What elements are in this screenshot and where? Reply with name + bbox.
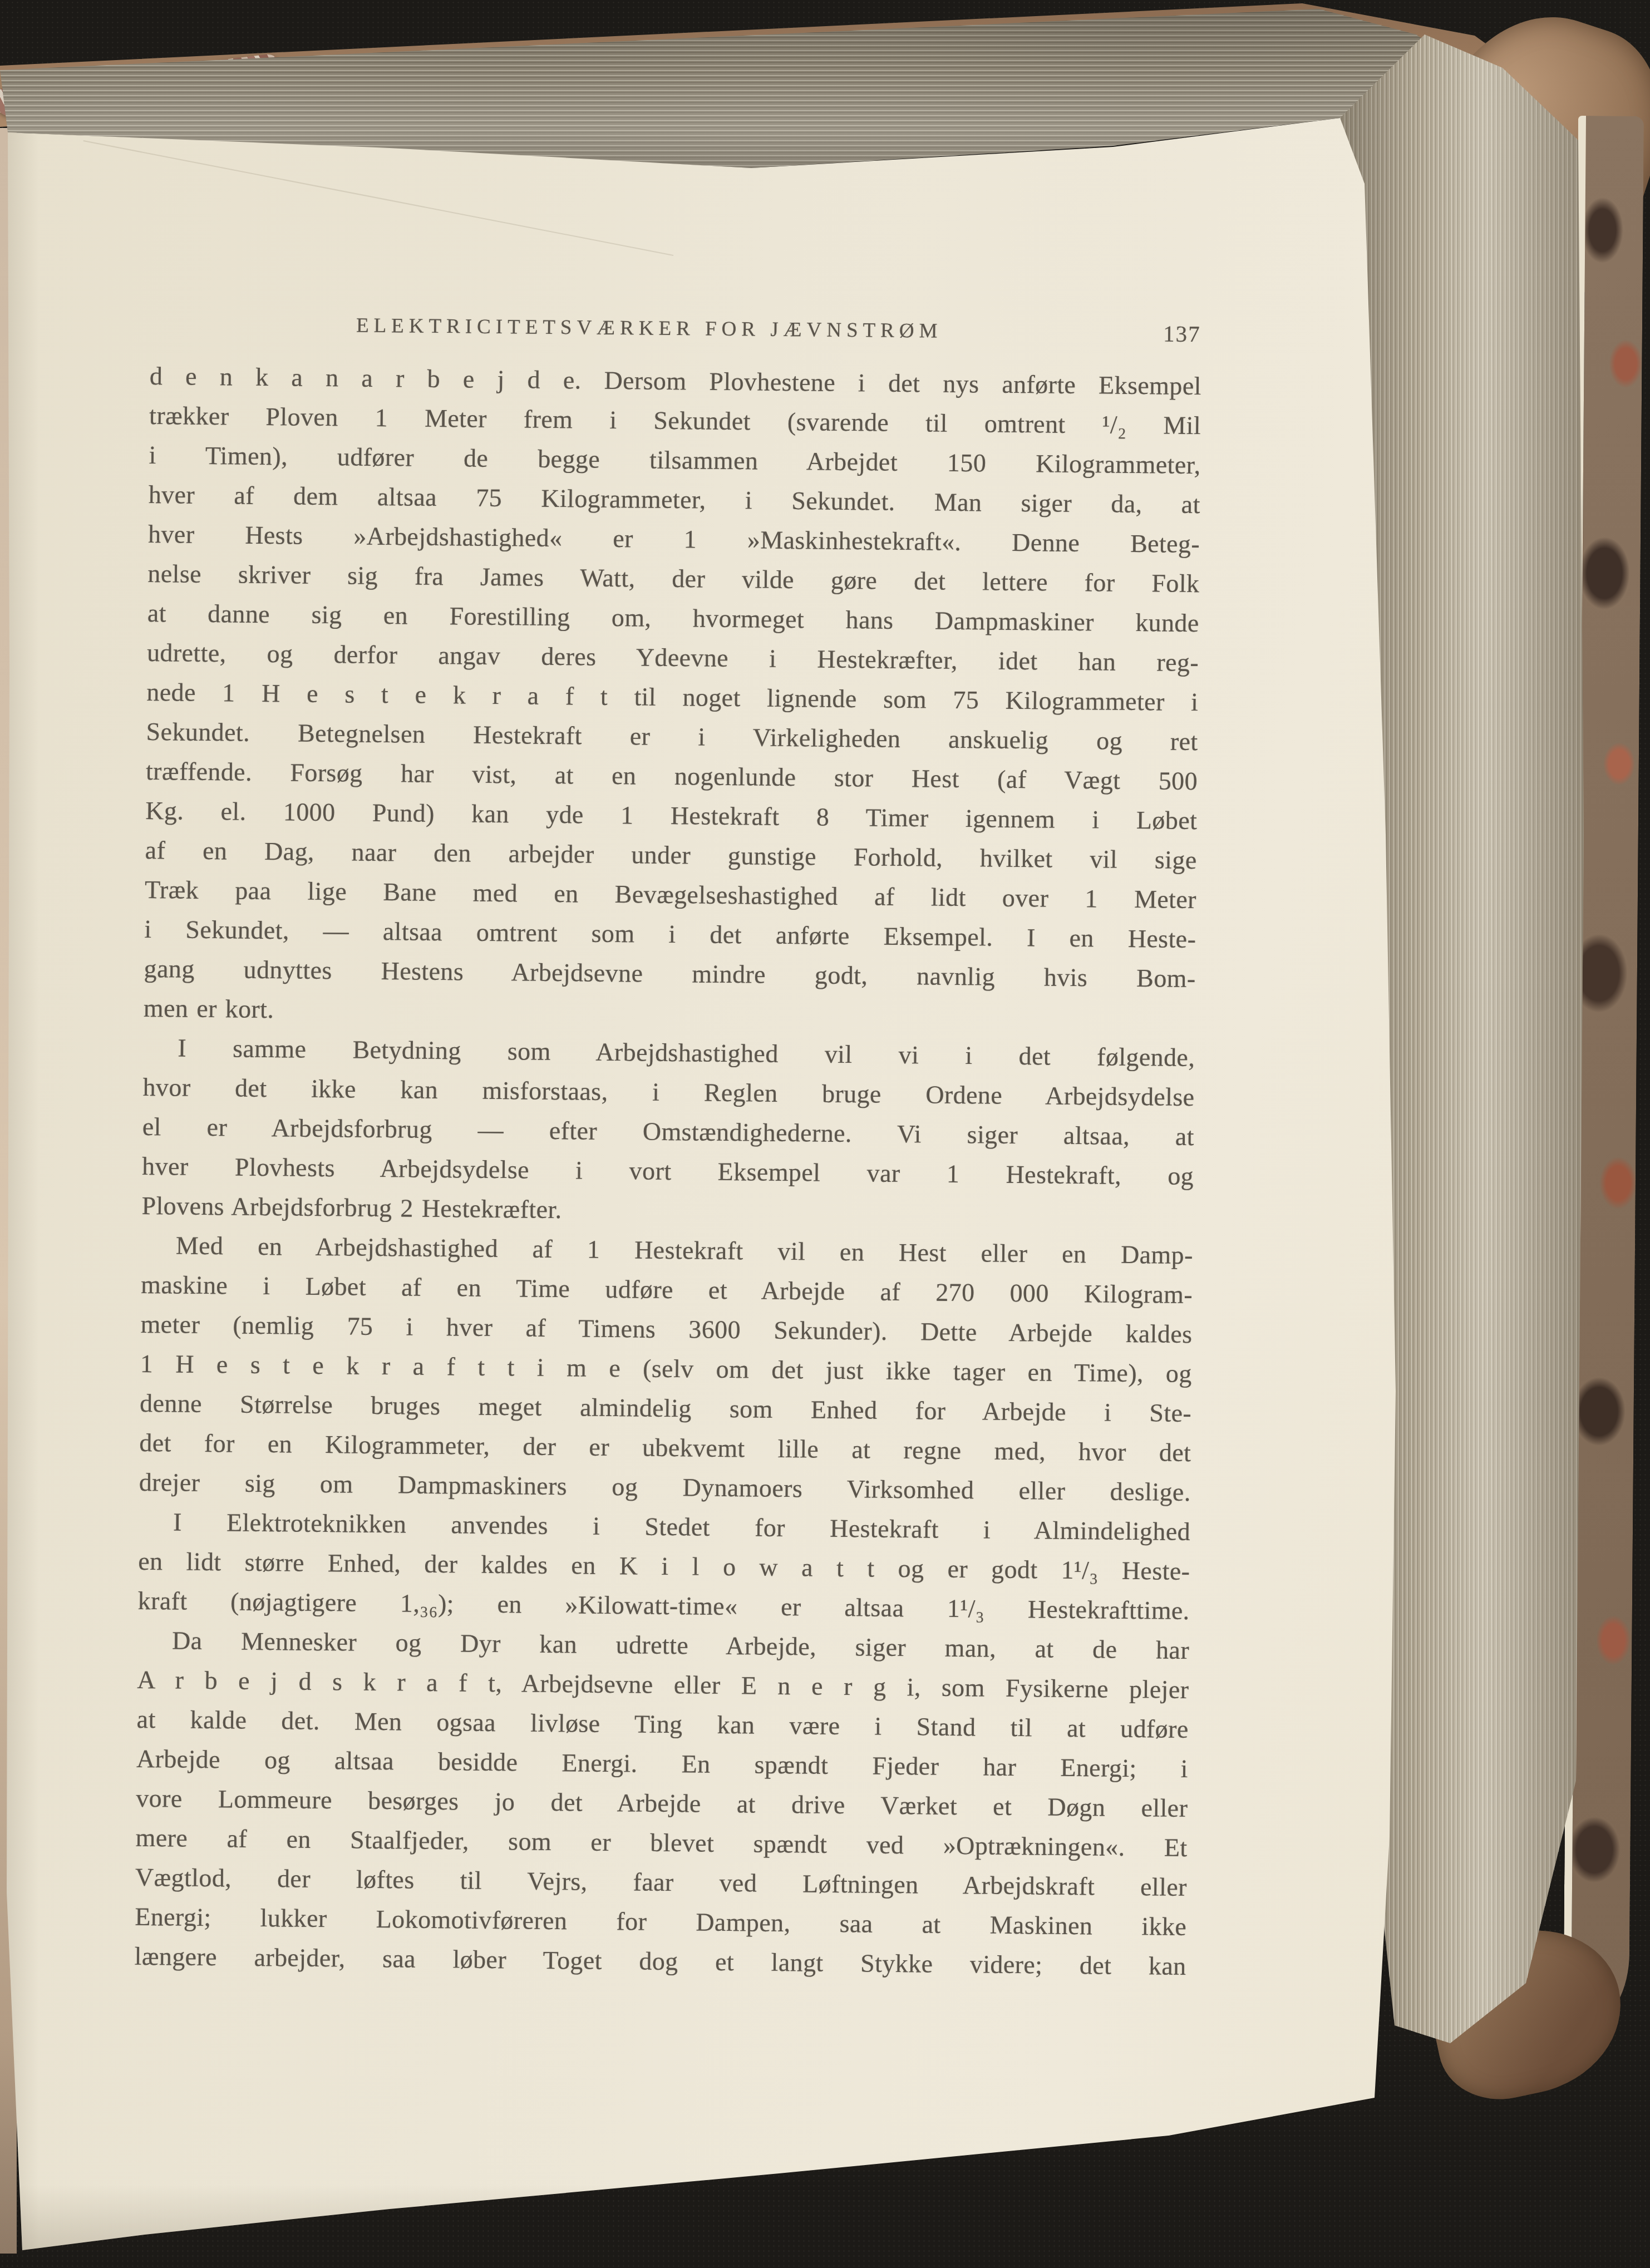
body-text: d e n k a n a r b e j d e. Dersom Plovhe… [134, 356, 1201, 1986]
page-number: 137 [1163, 320, 1201, 347]
page-text: ELEKTRICITETSVÆRKER FOR JÆVNSTRØM 137 d … [134, 312, 1202, 1986]
running-header-title: ELEKTRICITETSVÆRKER FOR JÆVNSTRØM [356, 314, 943, 343]
